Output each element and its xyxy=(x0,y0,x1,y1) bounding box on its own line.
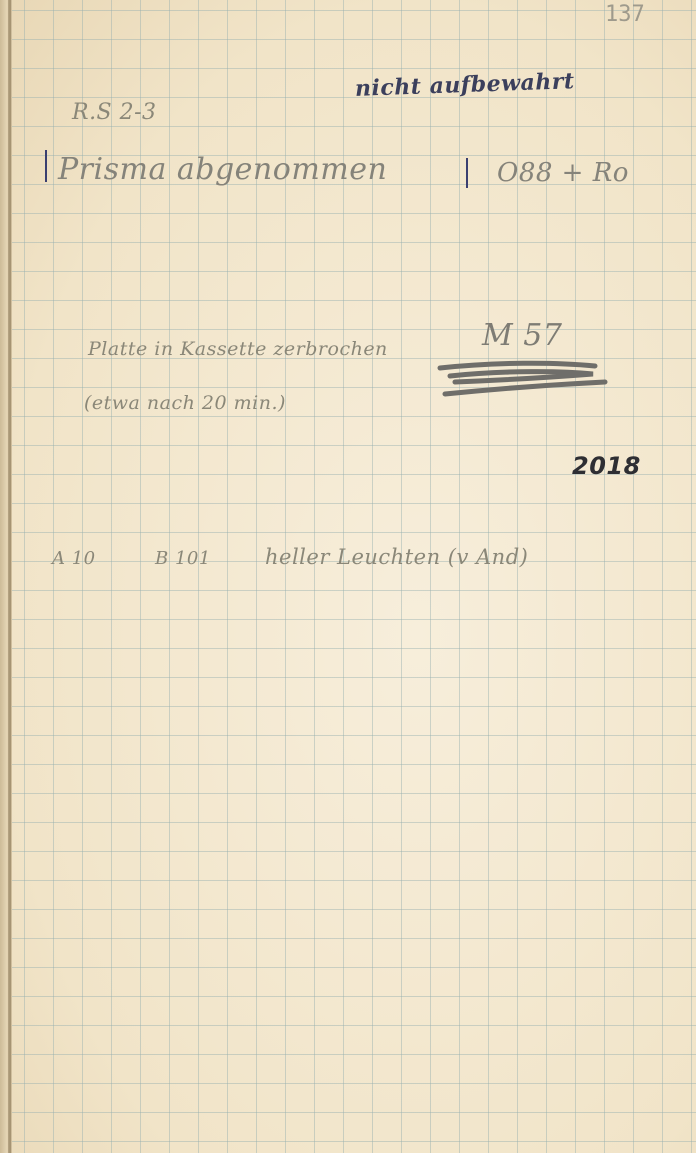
incident-line-2: (etwa nach 20 min.) xyxy=(84,392,286,414)
bracket-right xyxy=(466,158,468,188)
incident-line-1: Platte in Kassette zerbrochen xyxy=(88,338,388,360)
prism-removed-note: Prisma abgenommen xyxy=(58,152,387,187)
bracket-left xyxy=(45,150,47,182)
observation-note: heller Leuchten (v And) xyxy=(265,545,528,569)
header-note: nicht aufbewahrt xyxy=(355,68,575,102)
incident-mark: M 57 xyxy=(482,318,562,353)
strikethrough-scribble-icon xyxy=(435,360,610,405)
page-number: 137 xyxy=(605,2,645,27)
reference-label: R.S 2-3 xyxy=(72,100,157,125)
observation-col-b: B 101 xyxy=(155,548,211,569)
observation-col-a: A 10 xyxy=(52,548,96,569)
notebook-page: 137 nicht aufbewahrt R.S 2-3 Prisma abge… xyxy=(0,0,696,1153)
binding-shadow xyxy=(8,0,11,1153)
prism-annotation: O88 + Ro xyxy=(497,158,629,188)
plate-number: 2018 xyxy=(572,452,641,480)
